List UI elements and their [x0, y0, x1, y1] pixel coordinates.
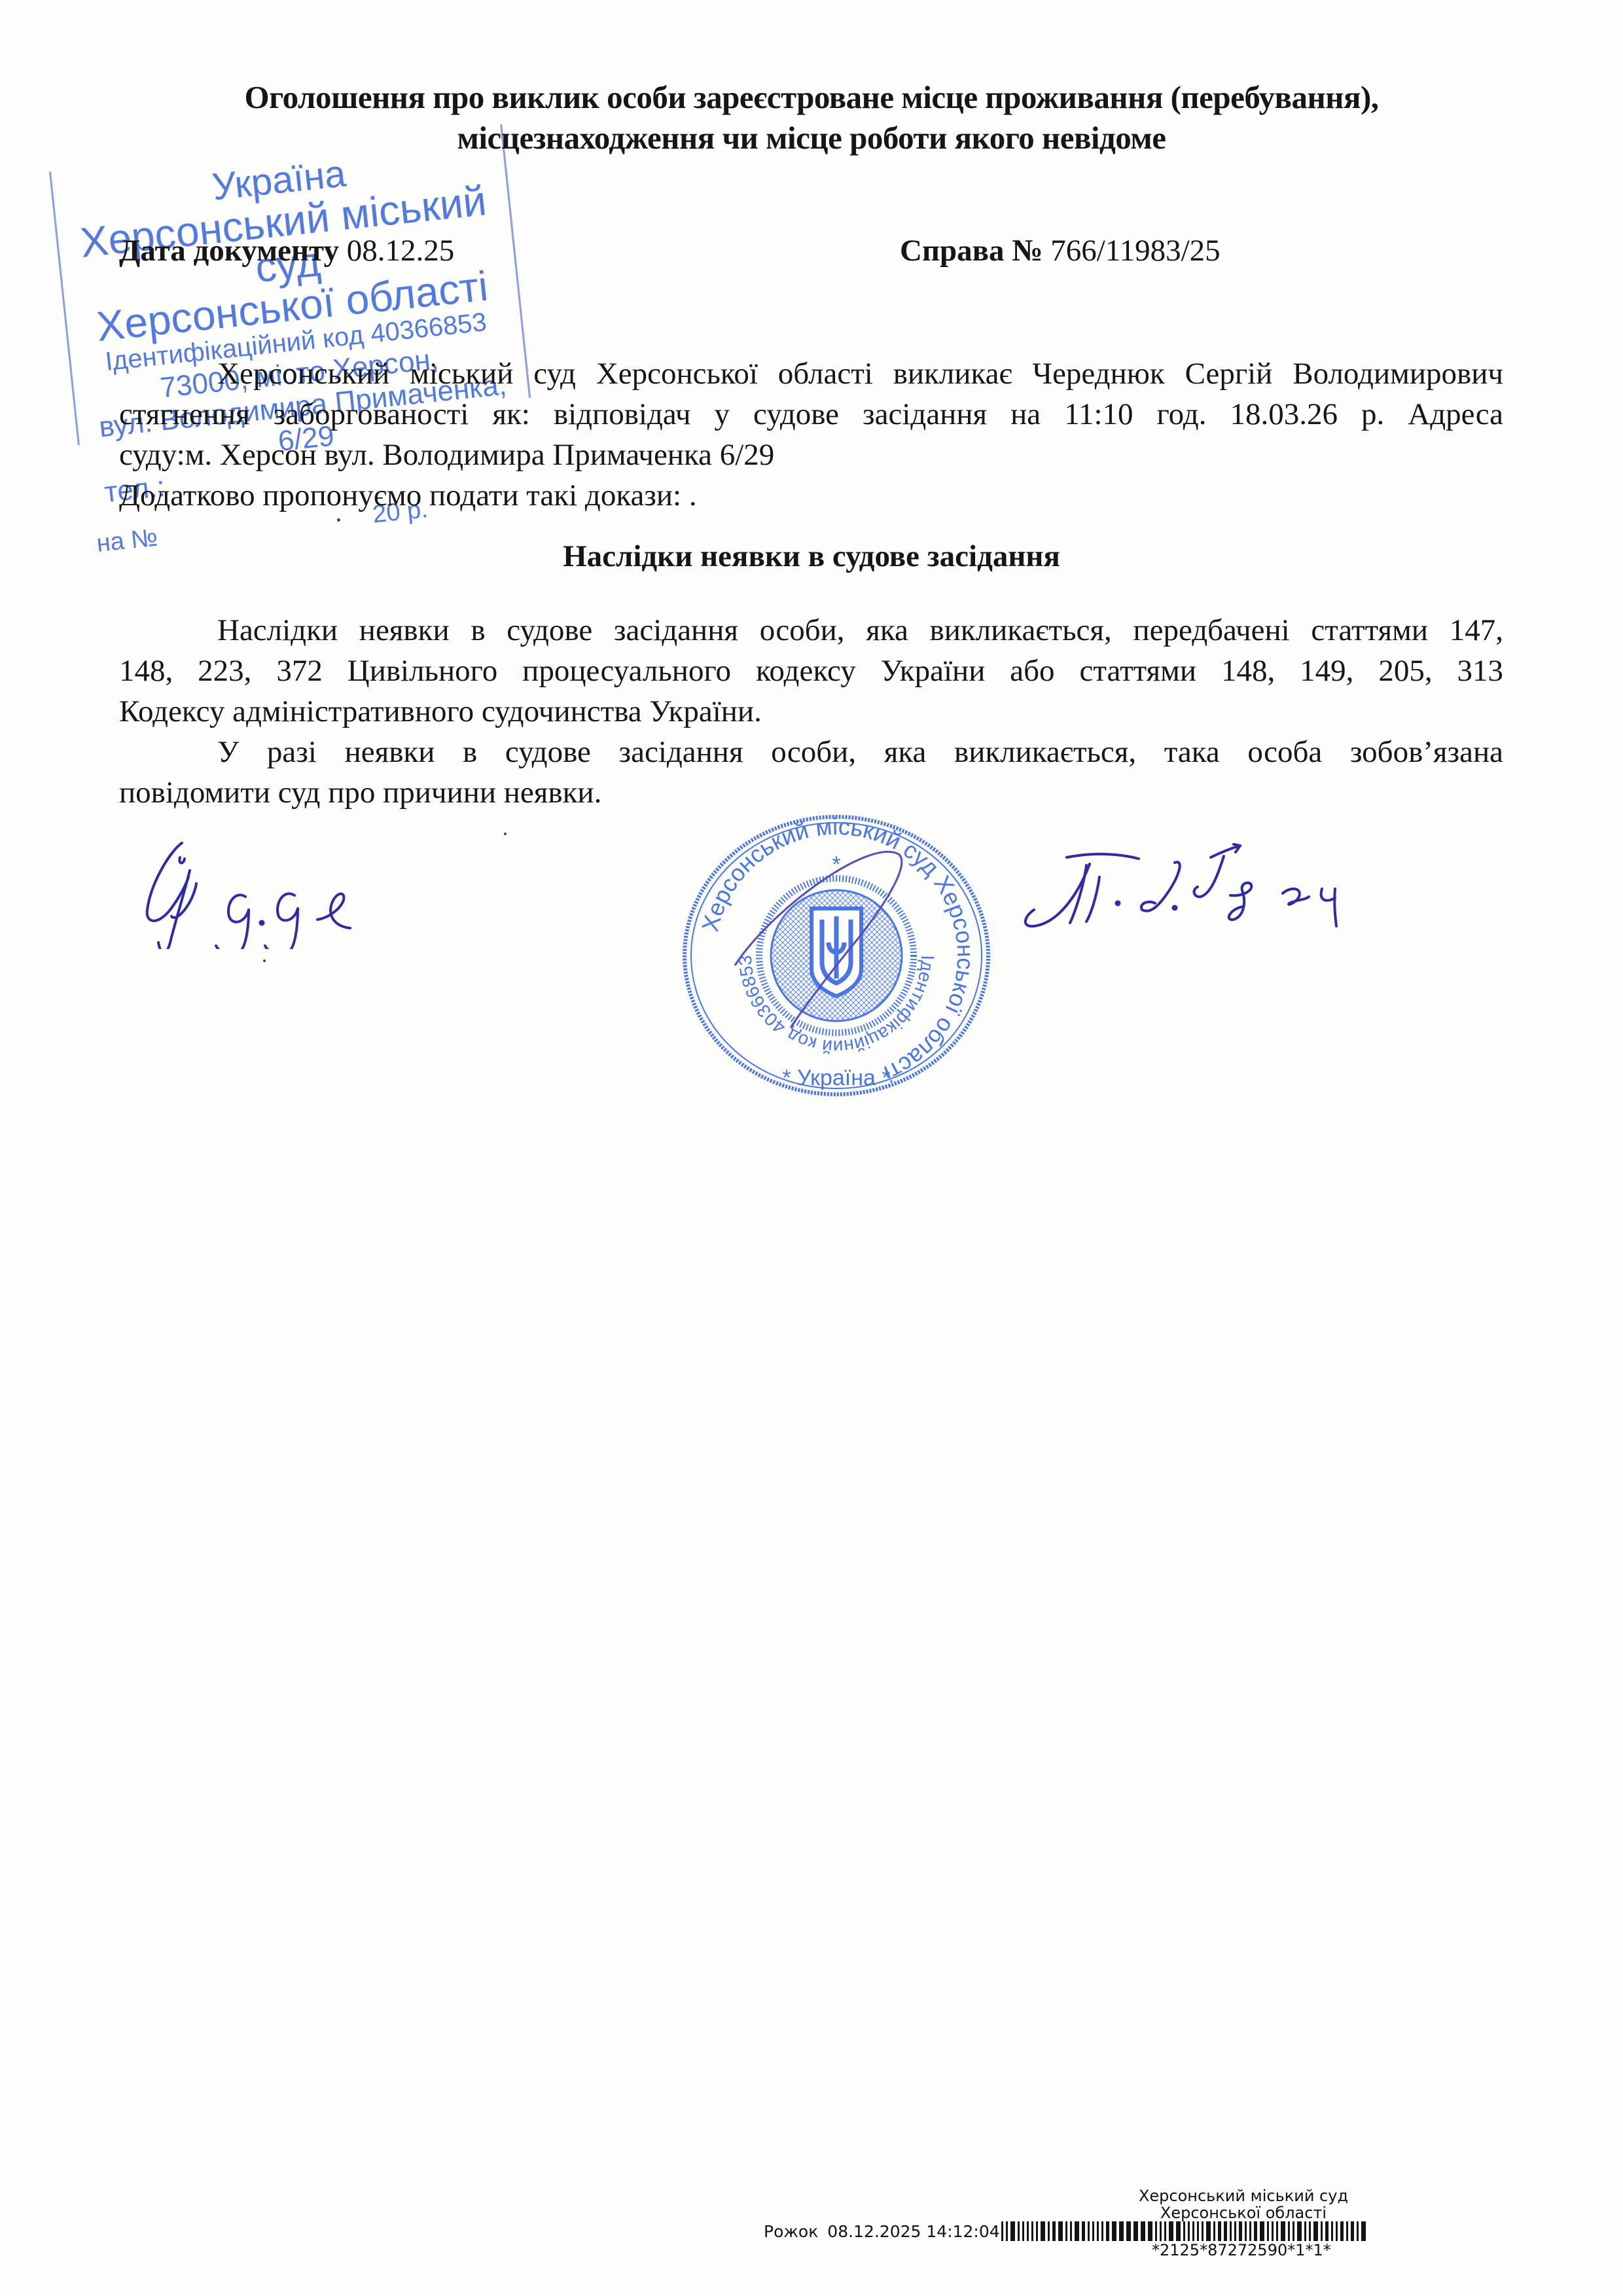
document-barcode: [1001, 2221, 1368, 2241]
consequences-line-3: Кодексу адміністративного судочинства Ук…: [119, 691, 1503, 732]
document-page: Україна Херсонський міський суд Херсонсь…: [0, 0, 1623, 2296]
case-label: Справа №: [900, 234, 1043, 268]
scan-speck: [263, 960, 266, 962]
footer-operator: Рожок: [764, 2222, 818, 2241]
scan-speck: [337, 518, 340, 522]
summons-line-1: Херсонський міський суд Херсонської обла…: [119, 353, 1503, 394]
consequences-heading: Наслідки неявки в судове засідання: [0, 539, 1623, 574]
consequences-line-1: Наслідки неявки в судове засідання особи…: [119, 610, 1503, 651]
svg-text:Ідентифікаційний код 40366853: Ідентифікаційний код 40366853: [735, 955, 938, 1057]
seal-bottom-text: * Україна *: [782, 1066, 890, 1090]
case-number: Справа № 766/11983/25: [900, 233, 1221, 268]
footer-court-line-1: Херсонський міський суд: [1113, 2187, 1374, 2204]
footer-registration-line: Рожок 08.12.2025 14:12:04: [764, 2221, 1368, 2241]
svg-text:*: *: [832, 852, 840, 877]
summons-line-3: суду:м. Херсон вул. Володимира Примаченк…: [119, 435, 1503, 475]
document-date: Дата документу 08.12.25: [119, 233, 454, 268]
summons-line-2: стягнення заборгованості як: відповідач …: [119, 394, 1503, 435]
consequences-line-4: У разі неявки в судове засідання особи, …: [119, 732, 1503, 772]
document-title: Оголошення про виклик особи зареєстрован…: [0, 77, 1623, 158]
footer-timestamp: 08.12.2025 14:12:04: [827, 2222, 999, 2241]
scan-speck: [504, 833, 507, 835]
footer-court-name: Херсонський міський суд Херсонської обла…: [1113, 2187, 1374, 2221]
summons-paragraph: Херсонський міський суд Херсонської обла…: [119, 353, 1503, 516]
trident-emblem-icon: [811, 908, 861, 996]
consequences-paragraph: Наслідки неявки в судове засідання особи…: [119, 610, 1503, 813]
court-round-seal: Херсонський міський суд Херсонської обла…: [673, 812, 1000, 1100]
title-line-1: Оголошення про виклик особи зареєстрован…: [0, 77, 1623, 118]
consequences-line-2: 148, 223, 372 Цивільного процесуального …: [119, 651, 1503, 691]
svg-text:Херсонський міський суд Херсон: Херсонський міський суд Херсонської обла…: [696, 813, 979, 1088]
judge-signature: [1008, 838, 1374, 942]
seal-outer-text: Херсонський міський суд Херсонської обла…: [696, 813, 979, 1088]
date-label: Дата документу: [119, 234, 339, 268]
barcode-text: *2125*87272590*1*1*: [1152, 2241, 1331, 2259]
stamp-region: Херсонської області: [65, 262, 519, 350]
consequences-line-5: повідомити суд про причини неявки.: [119, 772, 1503, 813]
date-value: 08.12.25: [347, 234, 455, 268]
footer-court-line-2: Херсонської області: [1113, 2204, 1374, 2221]
seal-inner-text: Ідентифікаційний код 40366853: [735, 955, 938, 1057]
title-line-2: місцезнаходження чи місце роботи якого н…: [0, 118, 1623, 158]
summons-line-4: Додатково пропонуємо подати такі докази:…: [119, 475, 1503, 516]
case-number-value: 766/11983/25: [1050, 234, 1220, 268]
handwritten-judge-label: [131, 818, 366, 949]
